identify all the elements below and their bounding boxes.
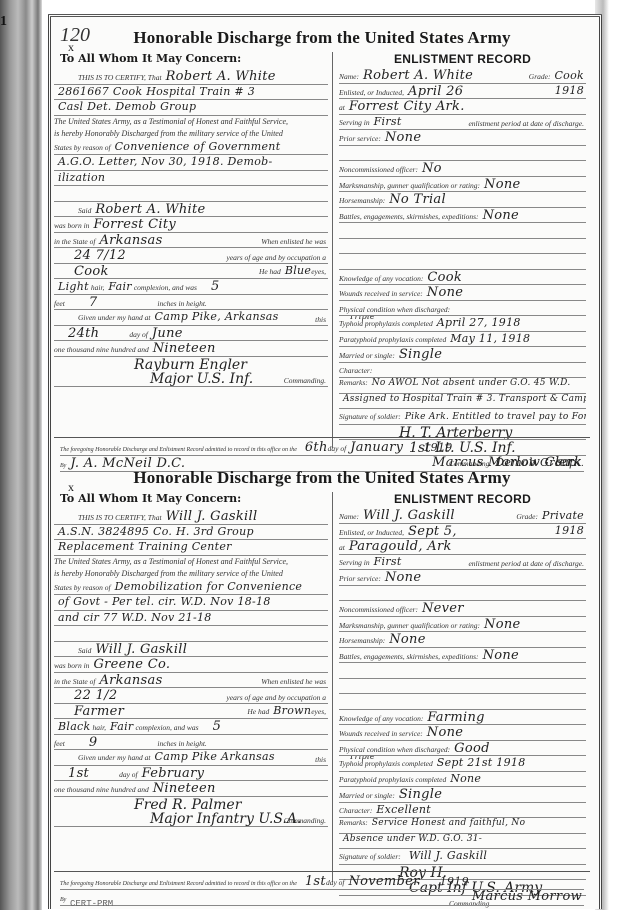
soldier-name: Will J. Gaskill xyxy=(166,509,258,524)
reason-line: States by reason ofDemobilization for Co… xyxy=(54,580,328,596)
paratyphoid-field: Paratyphoid prophylaxis completedMay 11,… xyxy=(339,332,586,348)
testimonial-text: The United States Army, as a Testimonial… xyxy=(54,116,328,140)
enlisted-at-field: atForrest City Ark. xyxy=(339,99,586,115)
officer-title: Major Infantry U.S.A.Commanding. xyxy=(54,811,328,827)
given-year-line: one thousand nine hundred andNineteen xyxy=(54,341,328,357)
horsemanship-field: Horsemanship:None xyxy=(339,632,586,648)
enlistment-header: ENLISTMENT RECORD xyxy=(339,492,586,506)
occupation-line: FarmerHe hadBrowneyes, xyxy=(54,704,328,720)
given-at-line: Given under my hand atCamp Pike, Arkansa… xyxy=(54,310,328,326)
vocation-field: Knowledge of any vocation:Farming xyxy=(339,710,586,726)
enlisted-field: Enlisted, or Inducted,Sept 5,1918 xyxy=(339,524,586,540)
battles-field: Battles, engagements, skirmishes, expedi… xyxy=(339,648,586,664)
reason-line-3: and cir 77 W.D. Nov 21-18 xyxy=(54,611,328,627)
bottom-stamp: CERT-PRM xyxy=(70,899,113,909)
birthplace-line: was born inForrest City xyxy=(54,217,328,233)
signature-field: Signature of soldier:Pike Ark. Entitled … xyxy=(339,409,586,425)
physical-field: Physical condition when discharged: xyxy=(339,301,586,317)
service-line-1: 2861667 Cook Hospital Train # 3 xyxy=(54,85,328,101)
state-line: in the State ofArkansasWhen enlisted he … xyxy=(54,233,328,249)
nco-field: Noncommissioned officer:No xyxy=(339,161,586,177)
service-line-2: Replacement Training Center xyxy=(54,540,328,556)
marksmanship-field: Marksmanship, gunner qualification or ra… xyxy=(339,617,586,633)
certify-line: THIS IS TO CERTIFY, ThatWill J. Gaskill xyxy=(54,509,328,525)
testimonial-text: The United States Army, as a Testimonial… xyxy=(54,556,328,580)
officer-title: Major U.S. Inf.Commanding. xyxy=(54,371,328,387)
occupation-line: CookHe hadBlueeyes, xyxy=(54,264,328,280)
married-field: Married or single:Single xyxy=(339,787,586,803)
name-field: Name:Will J. GaskillGrade:Private xyxy=(339,508,586,524)
enlisted-field: Enlisted, or Inducted,April 261918 xyxy=(339,84,586,100)
horsemanship-field: Horsemanship:No Trial xyxy=(339,192,586,208)
hair-line: Black hair,Fair complexion, and was5 xyxy=(54,719,328,735)
clerk-signature: Marcus Morrow xyxy=(472,889,582,904)
officer-signature: Fred R. Palmer xyxy=(54,797,328,812)
salutation: To All Whom It May Concern: xyxy=(60,52,328,65)
prior-service-field: Prior service:None xyxy=(339,570,586,586)
reason-line: States by reason ofConvenience of Govern… xyxy=(54,140,328,156)
name-field: Name:Robert A. WhiteGrade:Cook xyxy=(339,68,586,84)
certify-line: THIS IS TO CERTIFY, ThatRobert A. White xyxy=(54,69,328,85)
service-line-1: A.S.N. 3824895 Co. H. 3rd Group xyxy=(54,525,328,541)
character-field: Character: xyxy=(339,363,586,379)
hair-line: Light hair,Fair complexion, and was5 xyxy=(54,279,328,295)
given-day-line: 1stday ofFebruary xyxy=(54,766,328,782)
said-line: SaidRobert A. White xyxy=(54,202,328,218)
character-field: Character:Excellent xyxy=(339,803,586,819)
enlisted-at-field: atParagould, Ark xyxy=(339,539,586,555)
married-field: Married or single:Single xyxy=(339,347,586,363)
said-line: SaidWill J. Gaskill xyxy=(54,642,328,658)
marksmanship-field: Marksmanship, gunner qualification or ra… xyxy=(339,177,586,193)
recorded-by-line: ByMarcus Morrow xyxy=(60,890,584,906)
reason-line-3: ilization xyxy=(54,171,328,187)
height-line: feet7inches in height. xyxy=(54,295,328,311)
remarks-line-2: Absence under W.D. G.O. 31- xyxy=(339,834,586,850)
reason-line-2: A.G.O. Letter, Nov 30, 1918. Demob- xyxy=(54,155,328,171)
birthplace-line: was born inGreene Co. xyxy=(54,657,328,673)
discharge-column: To All Whom It May Concern: THIS IS TO C… xyxy=(54,492,328,882)
salutation: To All Whom It May Concern: xyxy=(60,492,328,505)
remarks-line-2: Assigned to Hospital Train # 3. Transpor… xyxy=(339,394,586,410)
height-line: feet9inches in height. xyxy=(54,735,328,751)
discharge-record: x Honorable Discharge from the United St… xyxy=(54,462,590,900)
paratyphoid-field: Paratyphoid prophylaxis completedNone xyxy=(339,772,586,788)
service-line-2: Casl Det. Demob Group xyxy=(54,100,328,116)
recording-footer: The foregoing Honorable Discharge and En… xyxy=(54,871,590,908)
enlistment-header: ENLISTMENT RECORD xyxy=(339,52,586,66)
typhoid-field: Typhoid prophylaxis completedApril 27, 1… xyxy=(339,316,586,332)
serving-field: Serving inFirstenlistment period at date… xyxy=(339,555,586,571)
discharge-record: 120 x Honorable Discharge from the Unite… xyxy=(54,22,590,466)
serving-field: Serving inFirstenlistment period at date… xyxy=(339,115,586,131)
prior-service-field: Prior service:None xyxy=(339,130,586,146)
age-line: 22 1/2years of age and by occupation a xyxy=(54,688,328,704)
record-title: Honorable Discharge from the United Stat… xyxy=(54,28,590,48)
discharge-column: To All Whom It May Concern: THIS IS TO C… xyxy=(54,52,328,448)
reason-line-2: of Govt - Per tel. cir. W.D. Nov 18-18 xyxy=(54,595,328,611)
record-title: Honorable Discharge from the United Stat… xyxy=(54,468,590,488)
recorded-date-line: The foregoing Honorable Discharge and En… xyxy=(60,440,584,456)
enlistment-record-column: ENLISTMENT RECORD Name:Will J. GaskillGr… xyxy=(332,492,586,882)
soldier-name: Robert A. White xyxy=(166,69,276,84)
given-year-line: one thousand nine hundred andNineteen xyxy=(54,781,328,797)
given-at-line: Given under my hand atCamp Pike Arkansas… xyxy=(54,750,328,766)
wounds-field: Wounds received in service:None xyxy=(339,285,586,301)
state-line: in the State ofArkansasWhen enlisted he … xyxy=(54,673,328,689)
enlistment-record-column: ENLISTMENT RECORD Name:Robert A. WhiteGr… xyxy=(332,52,586,448)
remarks-field: Remarks:No AWOL Not absent under G.O. 45… xyxy=(339,378,586,394)
officer-signature: Rayburn Engler xyxy=(54,357,328,372)
wounds-field: Wounds received in service:None xyxy=(339,725,586,741)
vocation-field: Knowledge of any vocation:Cook xyxy=(339,270,586,286)
scan-binding-edge xyxy=(0,0,42,910)
age-line: 24 7/12years of age and by occupation a xyxy=(54,248,328,264)
physical-field: Physical condition when discharged:Good xyxy=(339,741,586,757)
margin-stub: 1 xyxy=(0,14,7,30)
nco-field: Noncommissioned officer:Never xyxy=(339,601,586,617)
signature-field: Signature of soldier:Will J. Gaskill xyxy=(339,849,586,865)
battles-field: Battles, engagements, skirmishes, expedi… xyxy=(339,208,586,224)
given-day-line: 24thday ofJune xyxy=(54,326,328,342)
recorded-date-line: The foregoing Honorable Discharge and En… xyxy=(60,874,584,890)
remarks-field: Remarks:Service Honest and faithful, No xyxy=(339,818,586,834)
typhoid-field: Typhoid prophylaxis completedSept 21st 1… xyxy=(339,756,586,772)
